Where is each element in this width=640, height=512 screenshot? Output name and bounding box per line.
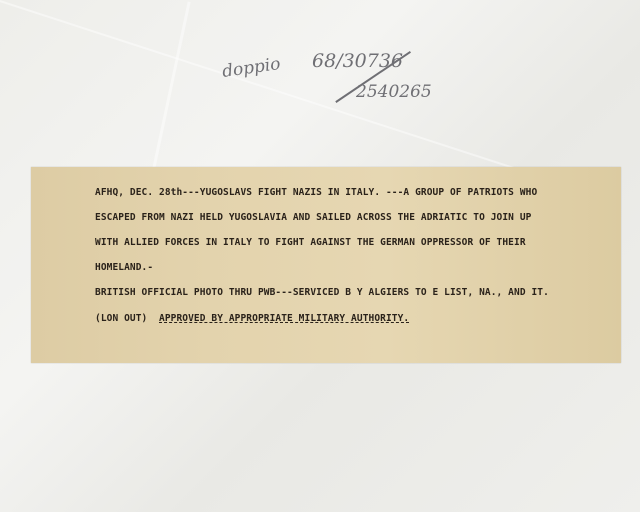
handwritten-word: doppio — [221, 54, 282, 82]
caption-line: AFHQ, DEC. 28th---YUGOSLAVS FIGHT NAZIS … — [95, 187, 537, 198]
handwritten-original-number: 68/30736 — [312, 50, 403, 72]
paper-crease — [152, 2, 190, 169]
approval-statement: APPROVED BY APPROPRIATE MILITARY AUTHORI… — [159, 313, 409, 324]
caption-line: BRITISH OFFICIAL PHOTO THRU PWB---SERVIC… — [95, 287, 549, 298]
caption-line: HOMELAND.- — [95, 262, 153, 273]
caption-line: WITH ALLIED FORCES IN ITALY TO FIGHT AGA… — [95, 237, 526, 248]
caption-line: ESCAPED FROM NAZI HELD YUGOSLAVIA AND SA… — [95, 212, 531, 223]
caption-approval-line: (LON OUT) APPROVED BY APPROPRIATE MILITA… — [95, 313, 409, 324]
caption-label: AFHQ, DEC. 28th---YUGOSLAVS FIGHT NAZIS … — [31, 167, 621, 363]
release-restriction: (LON OUT) — [95, 313, 159, 324]
handwritten-corrected-number: 2540265 — [356, 82, 432, 102]
